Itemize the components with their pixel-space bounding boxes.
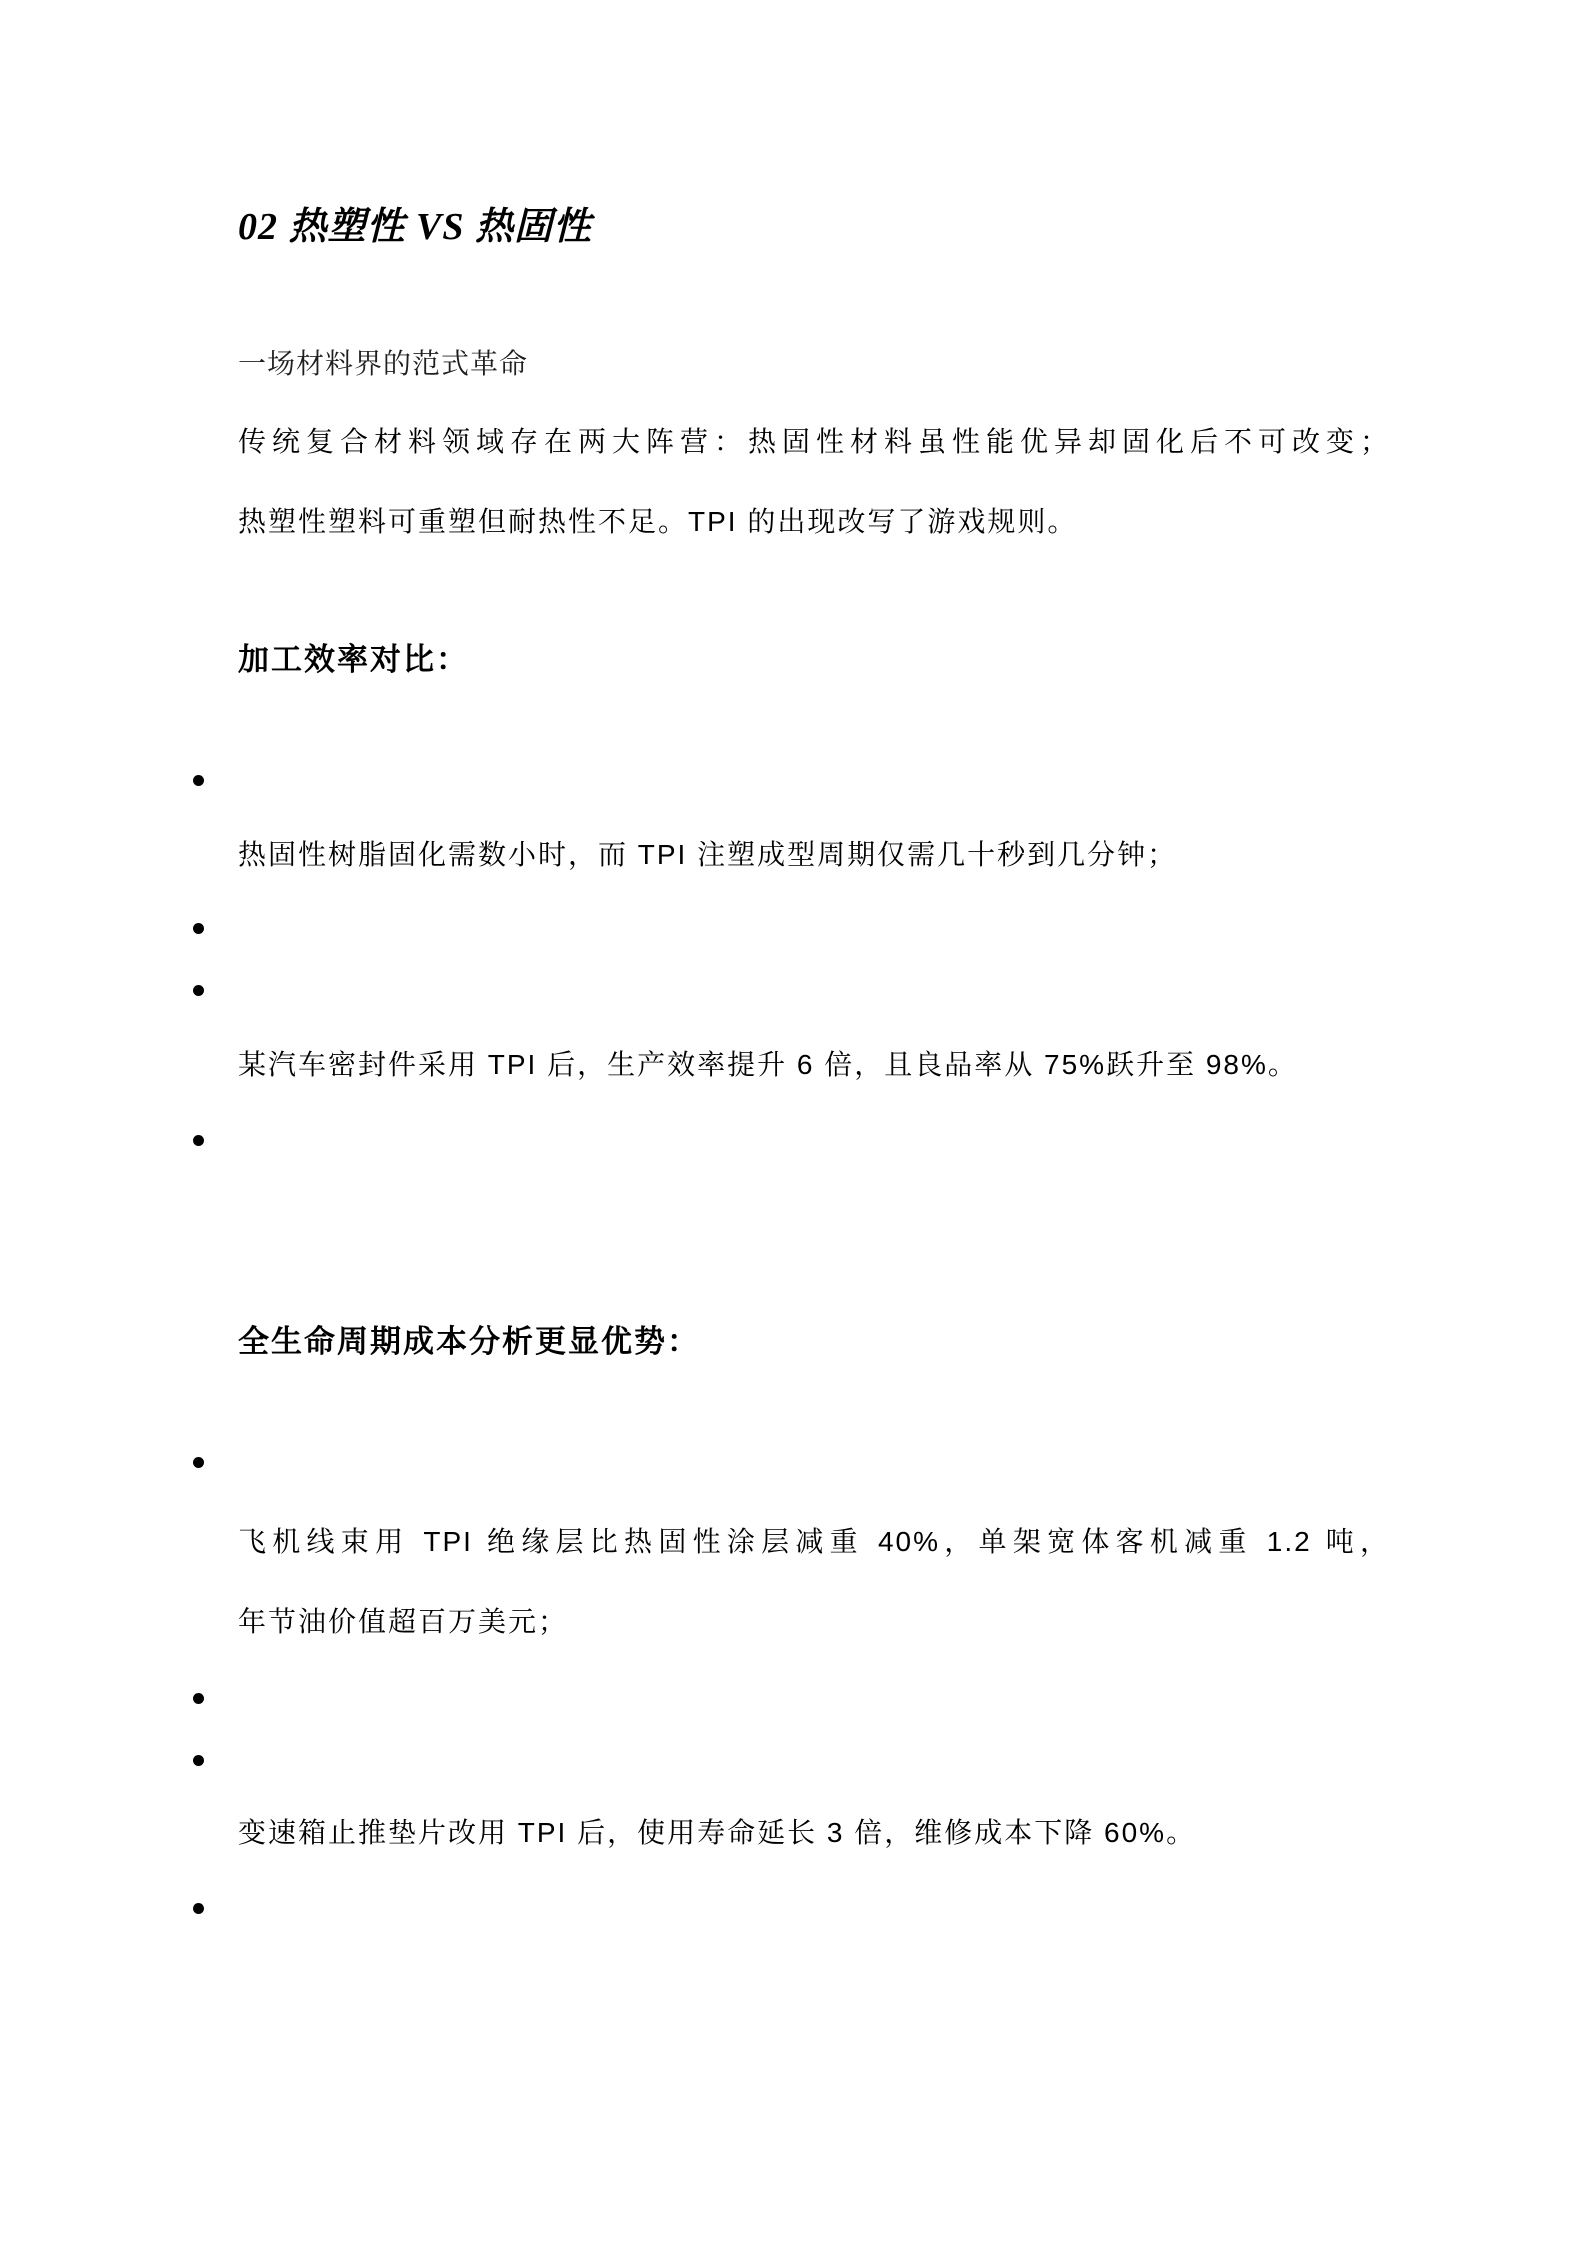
bullet-marker bbox=[193, 975, 215, 1005]
bullet-marker bbox=[193, 1745, 215, 1775]
intro-paragraph: 传统复合材料领域存在两大阵营：热固性材料虽性能优异却固化后不可改变； 热塑性塑料… bbox=[238, 402, 1390, 562]
bullet-marker bbox=[193, 1683, 215, 1713]
bullet-marker bbox=[193, 1125, 215, 1155]
section-2-item-2: 变速箱止推垫片改用 TPI 后，使用寿命延长 3 倍，维修成本下降 60%。 bbox=[238, 1808, 1390, 1858]
bullet-dot-icon bbox=[193, 1135, 204, 1146]
section-1-heading: 加工效率对比： bbox=[238, 638, 1390, 682]
section-1-item-1: 热固性树脂固化需数小时，而 TPI 注塑成型周期仅需几十秒到几分钟； bbox=[238, 830, 1390, 880]
intro-line-1: 传统复合材料领域存在两大阵营：热固性材料虽性能优异却固化后不可改变； bbox=[238, 402, 1390, 482]
bullet-dot-icon bbox=[193, 775, 204, 786]
bullet-dot-icon bbox=[193, 1693, 204, 1704]
page-title: 02 热塑性 VS 热固性 bbox=[238, 203, 1390, 251]
bullet-dot-icon bbox=[193, 1457, 204, 1468]
section-2-item-1-line-2: 年节油价值超百万美元； bbox=[238, 1582, 1390, 1662]
section-subtitle: 一场材料界的范式革命 bbox=[238, 345, 1390, 385]
bullet-dot-icon bbox=[193, 985, 204, 996]
section-1-item-2: 某汽车密封件采用 TPI 后，生产效率提升 6 倍，且良品率从 75%跃升至 9… bbox=[238, 1040, 1390, 1090]
bullet-dot-icon bbox=[193, 923, 204, 934]
section-2-item-1: 飞机线束用 TPI 绝缘层比热固性涂层减重 40%，单架宽体客机减重 1.2 吨… bbox=[238, 1502, 1390, 1662]
bullet-marker bbox=[193, 1893, 215, 1923]
bullet-marker bbox=[193, 913, 215, 943]
intro-line-2: 热塑性塑料可重塑但耐热性不足。TPI 的出现改写了游戏规则。 bbox=[238, 482, 1390, 562]
bullet-marker bbox=[193, 765, 215, 795]
bullet-marker bbox=[193, 1447, 215, 1477]
section-2-item-1-line-1: 飞机线束用 TPI 绝缘层比热固性涂层减重 40%，单架宽体客机减重 1.2 吨… bbox=[238, 1502, 1390, 1582]
bullet-dot-icon bbox=[193, 1755, 204, 1766]
section-2-heading: 全生命周期成本分析更显优势： bbox=[238, 1320, 1390, 1364]
document-page: 02 热塑性 VS 热固性 一场材料界的范式革命 传统复合材料领域存在两大阵营：… bbox=[0, 0, 1587, 2245]
bullet-dot-icon bbox=[193, 1903, 204, 1914]
